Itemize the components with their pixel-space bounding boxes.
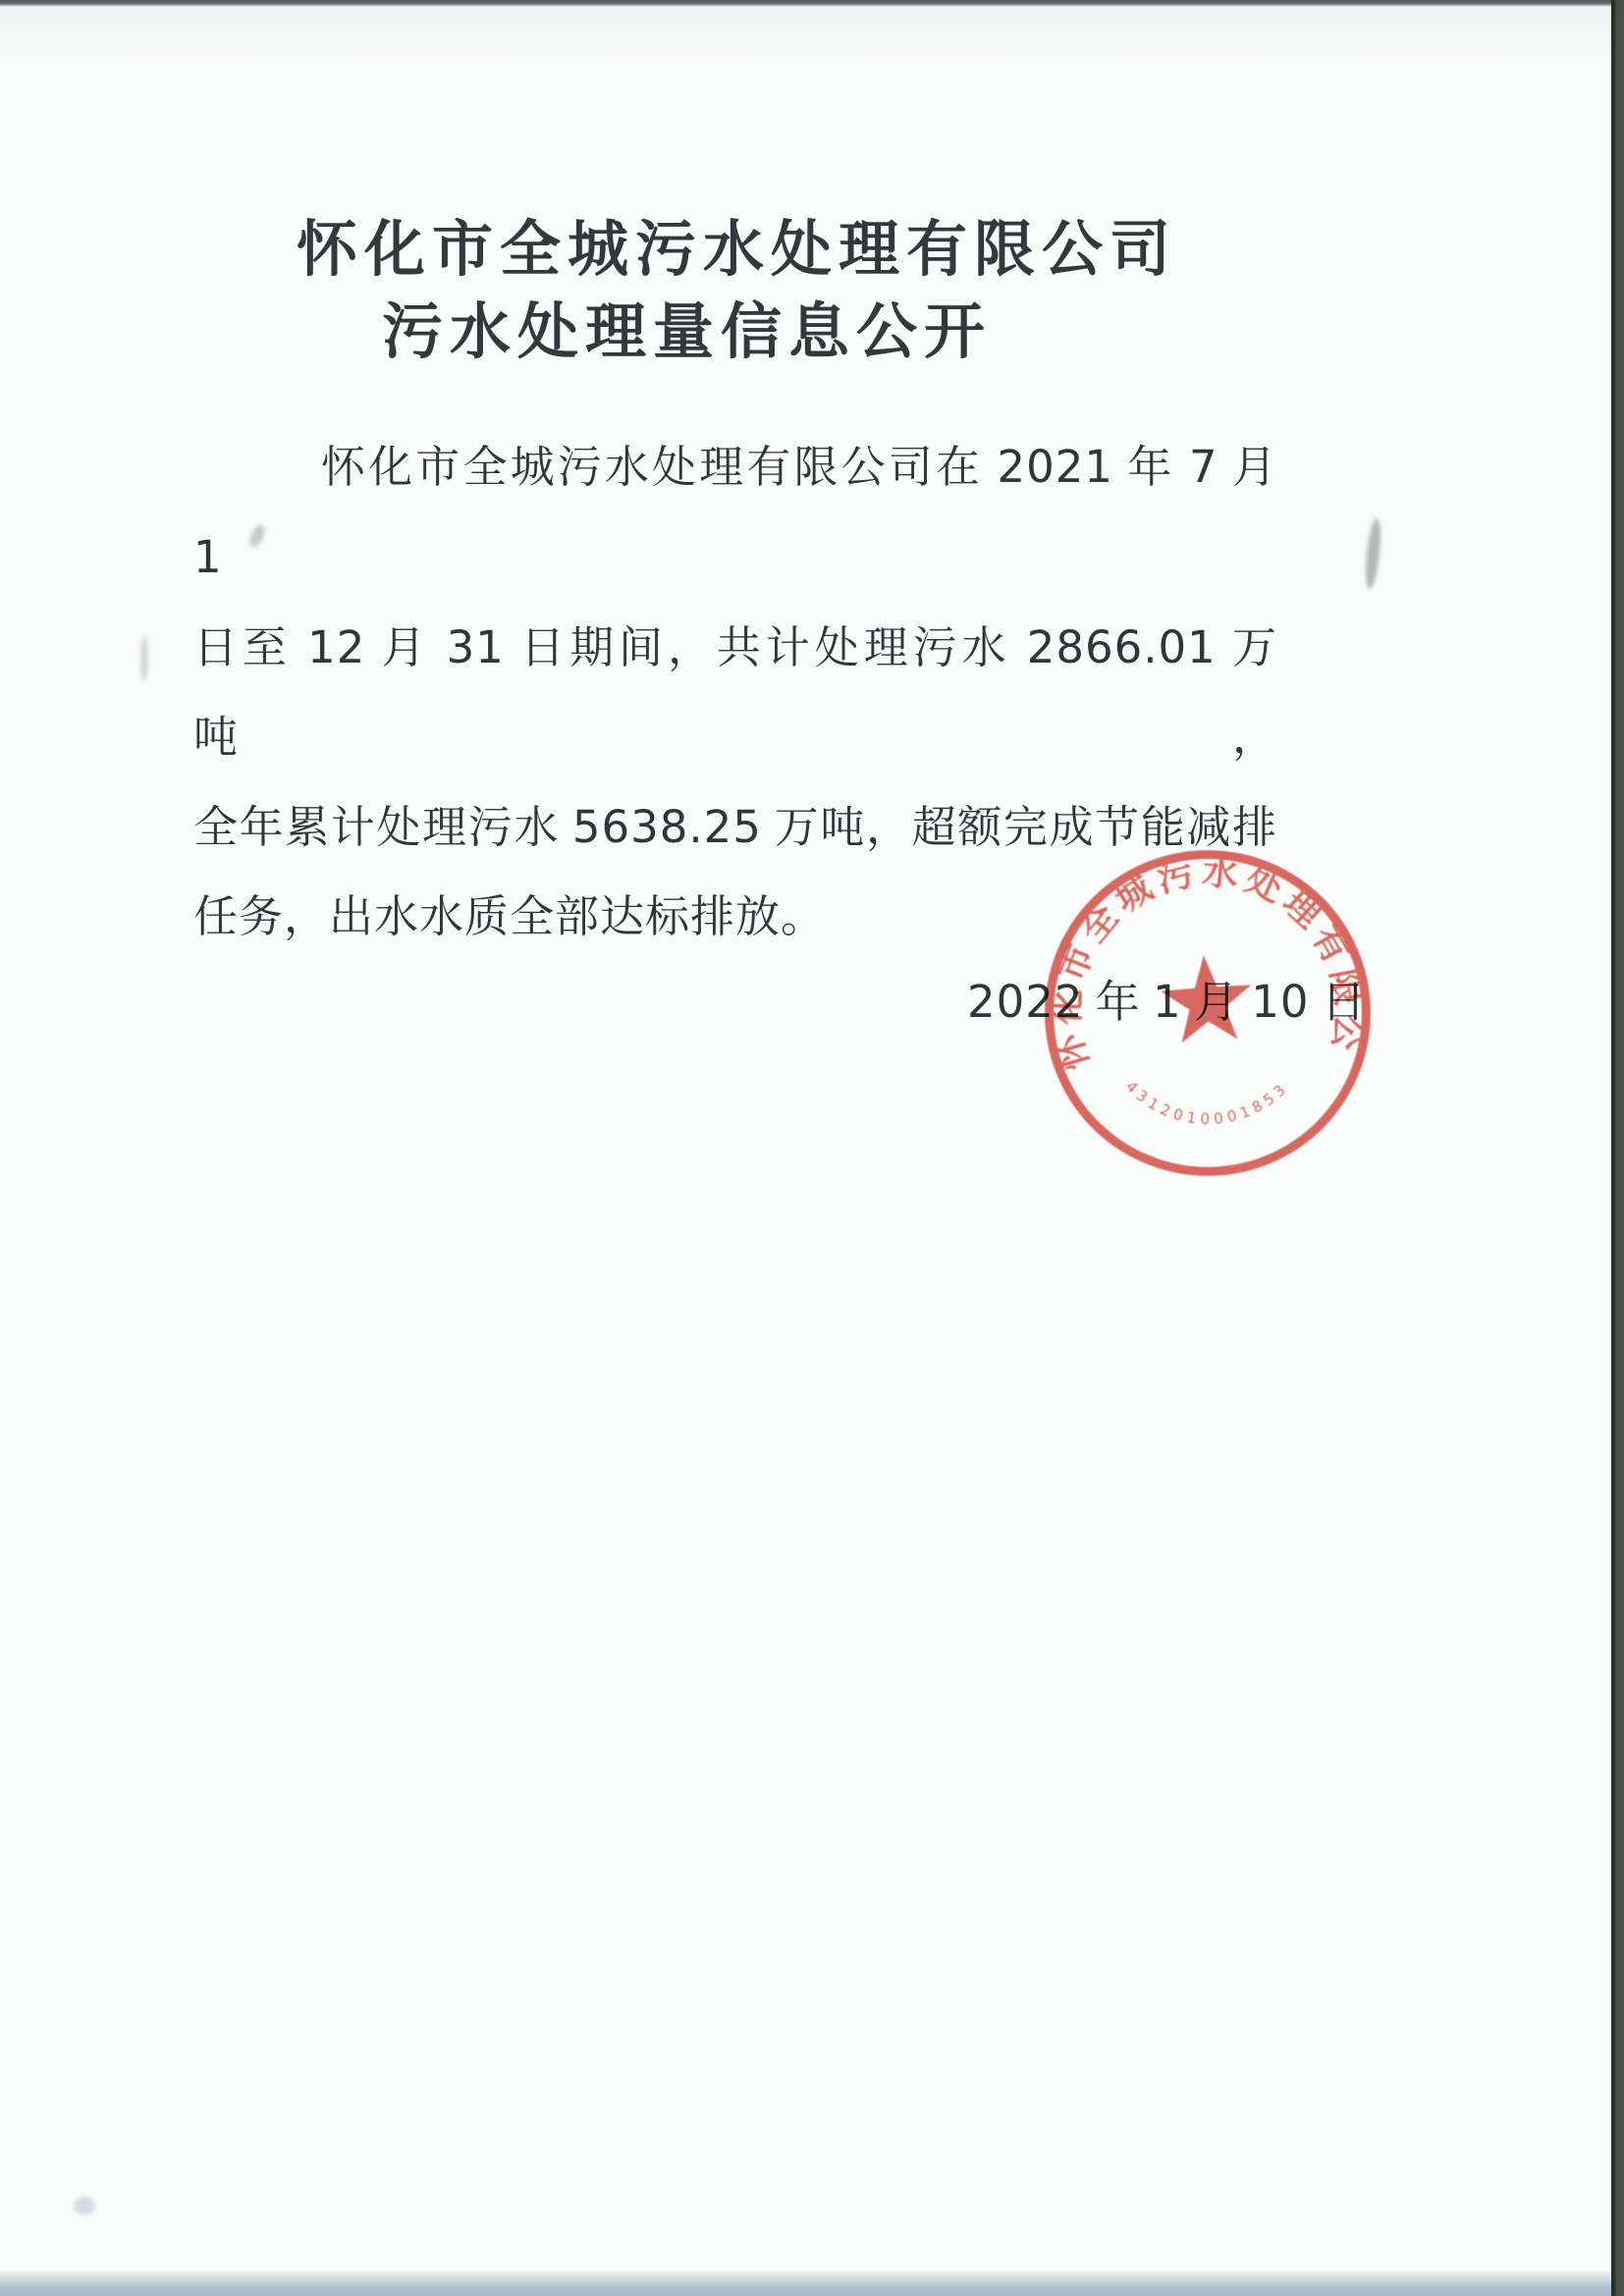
scan-edge-top bbox=[0, 0, 1624, 7]
scan-edge-bottom bbox=[0, 2271, 1611, 2296]
scan-artifact bbox=[1363, 518, 1382, 590]
body-line-2: 日至 12 月 31 日期间，共计处理污水 2866.01 万吨， bbox=[193, 603, 1277, 782]
scan-edge-right bbox=[1611, 0, 1624, 2296]
document-title-line1: 怀化市全城污水处理有限公司 bbox=[297, 200, 1177, 288]
seal-company-name: 怀化市全城污水处理有限公司 bbox=[1025, 830, 1372, 1077]
seal-star-icon bbox=[1159, 952, 1255, 1044]
scan-top-shading bbox=[0, 7, 1611, 66]
body-line-1: 怀化市全城污水处理有限公司在 2021 年 7 月 1 bbox=[193, 422, 1277, 603]
company-seal-stamp: 怀化市全城污水处理有限公司 4312010001853 bbox=[1025, 830, 1389, 1195]
scan-artifact bbox=[140, 636, 148, 681]
scan-artifact bbox=[74, 2197, 95, 2215]
scanned-document-page: 怀化市全城污水处理有限公司 污水处理量信息公开 怀化市全城污水处理有限公司在 2… bbox=[0, 0, 1624, 2296]
document-title-line2: 污水处理量信息公开 bbox=[382, 283, 992, 370]
seal-serial-number: 4312010001853 bbox=[1121, 1067, 1293, 1135]
